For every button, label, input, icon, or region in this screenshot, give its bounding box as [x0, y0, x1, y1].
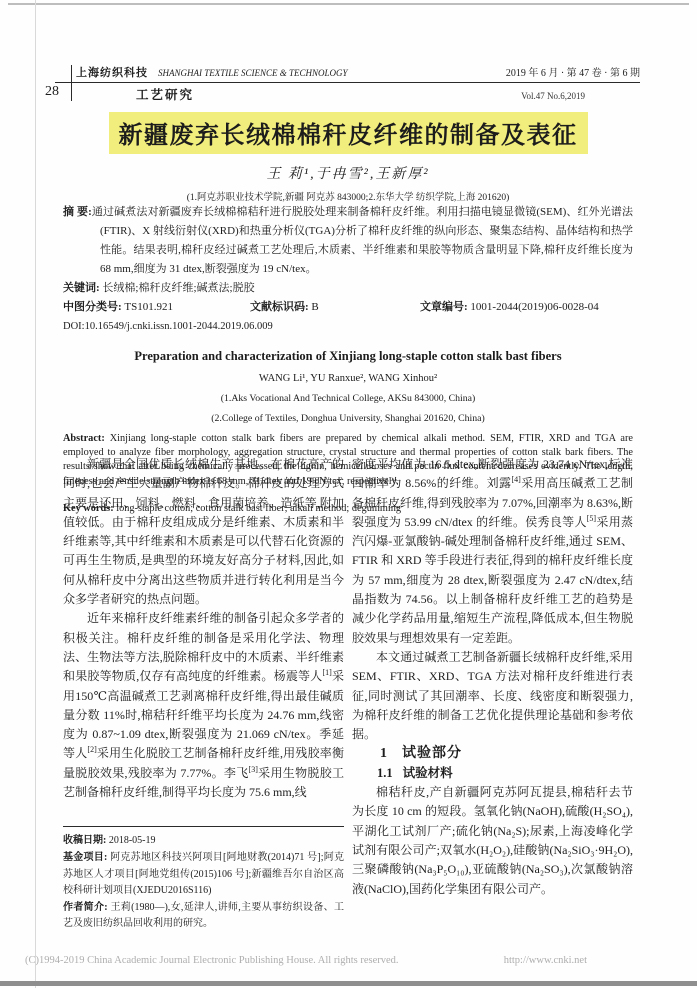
article-title-cn: 新疆废弃长绒棉棉秆皮纤维的制备及表征 — [109, 112, 588, 154]
keywords-label: 关键词: — [63, 282, 100, 294]
body-paragraph: 密度平均值为 16.5 dtex,断裂强度为 23.74 cN/tex,标准回潮… — [352, 455, 633, 648]
journal-page: 28 上海纺织科技 SHANGHAI TEXTILE SCIENCE & TEC… — [0, 0, 697, 988]
body-paragraph: 棉秸秆皮,产自新疆阿克苏阿瓦提县,棉秸秆去节为长度 10 cm 的短段。氢氧化钠… — [352, 783, 633, 899]
clc-number: 中图分类号: TS101.921 — [63, 298, 250, 317]
affiliation-en-1: (1.Aks Vocational And Technical College,… — [63, 389, 633, 408]
journal-name-en: SHANGHAI TEXTILE SCIENCE & TECHNOLOGY — [158, 68, 348, 78]
page-header: 28 上海纺织科技 SHANGHAI TEXTILE SCIENCE & TEC… — [40, 64, 640, 104]
doi: DOI:10.16549/j.cnki.issn.1001-2044.2019.… — [63, 317, 633, 336]
footnote-bio: 作者简介: 王莉(1980—),女,延津人,讲师,主要从事纺织设备、工艺及废旧纺… — [63, 900, 344, 933]
header-row-2: 工艺研究 Vol.47 No.6,2019 — [76, 85, 640, 103]
authors-cn: 王 莉¹,于冉雪²,王新厚² — [63, 163, 633, 183]
scan-edge-left — [35, 0, 36, 988]
cnki-url: http://www.cnki.net — [504, 955, 587, 966]
scan-edge-top — [8, 3, 689, 5]
scan-edge-bottom — [0, 981, 697, 986]
column-name: 工艺研究 — [136, 85, 194, 103]
title-block: 新疆废弃长绒棉棉秆皮纤维的制备及表征 王 莉¹,于冉雪²,王新厚² (1.阿克苏… — [63, 112, 633, 203]
volume-info: Vol.47 No.6,2019 — [521, 91, 585, 101]
footnote-block: 收稿日期: 2018-05-19 基金项目: 阿克苏地区科技兴阿项目[阿地财教(… — [63, 826, 344, 933]
keywords-cn: 关键词: 长绒棉;棉秆皮纤维;碱煮法;脱胶 — [63, 279, 633, 298]
journal-name-cn: 上海纺织科技 — [76, 64, 148, 80]
header-vertical-rule — [71, 65, 72, 101]
classification-row: 中图分类号: TS101.921 文献标识码: B 文章编号: 1001-204… — [63, 298, 633, 317]
affiliation-en-2: (2.College of Textiles, Donghua Universi… — [63, 409, 633, 428]
abstract-cn: 摘 要:通过碱煮法对新疆废弃长绒棉棉秸秆进行脱胶处理来制备棉秆皮纤维。利用扫描电… — [63, 203, 633, 279]
body-paragraph: 本文通过碱煮工艺制备新疆长绒棉秆皮纤维,采用 SEM、FTIR、XRD、TGA … — [352, 648, 633, 744]
body-columns: 新疆是全国优质长绒棉生产基地。在棉花高产的同时,也会产生大量副产物棉秆皮。棉秆皮… — [63, 455, 633, 933]
body-paragraph: 近年来棉秆皮纤维素纤维的制备引起众多学者的积极关注。棉秆皮纤维的制备是采用化学法… — [63, 609, 344, 802]
section-heading-1-1: 1.1试验材料 — [352, 764, 633, 783]
issue-info: 2019 年 6 月 · 第 47 卷 · 第 6 期 — [506, 64, 640, 79]
footnote-received: 收稿日期: 2018-05-19 — [63, 833, 344, 850]
abstract-en-label: Abstract: — [63, 433, 105, 444]
left-column: 新疆是全国优质长绒棉生产基地。在棉花高产的同时,也会产生大量副产物棉秆皮。棉秆皮… — [63, 455, 344, 933]
article-title-en: Preparation and characterization of Xinj… — [63, 347, 633, 366]
body-paragraph: 新疆是全国优质长绒棉生产基地。在棉花高产的同时,也会产生大量副产物棉秆皮。棉秆皮… — [63, 455, 344, 609]
header-row-1: 上海纺织科技 SHANGHAI TEXTILE SCIENCE & TECHNO… — [76, 64, 640, 80]
page-number: 28 — [45, 84, 59, 100]
copyright-footer: (C)1994-2019 China Academic Journal Elec… — [25, 955, 587, 966]
abstract-label: 摘 要: — [63, 206, 92, 218]
affiliation-cn: (1.阿克苏职业技术学院,新疆 阿克苏 843000;2.东华大学 纺织学院,上… — [63, 189, 633, 203]
footnote-fund: 基金项目: 阿克苏地区科技兴阿项目[阿地财教(2014)71 号];阿克苏地区人… — [63, 850, 344, 900]
right-column: 密度平均值为 16.5 dtex,断裂强度为 23.74 cN/tex,标准回潮… — [352, 455, 633, 933]
authors-en: WANG Li¹, YU Ranxue², WANG Xinhou² — [63, 369, 633, 388]
document-code: 文献标识码: B — [250, 298, 420, 317]
section-heading-1: 1试验部分 — [352, 744, 633, 763]
article-id: 文章编号: 1001-2044(2019)06-0028-04 — [420, 298, 599, 317]
header-horizontal-rule — [55, 82, 640, 83]
copyright-text: (C)1994-2019 China Academic Journal Elec… — [25, 955, 399, 966]
